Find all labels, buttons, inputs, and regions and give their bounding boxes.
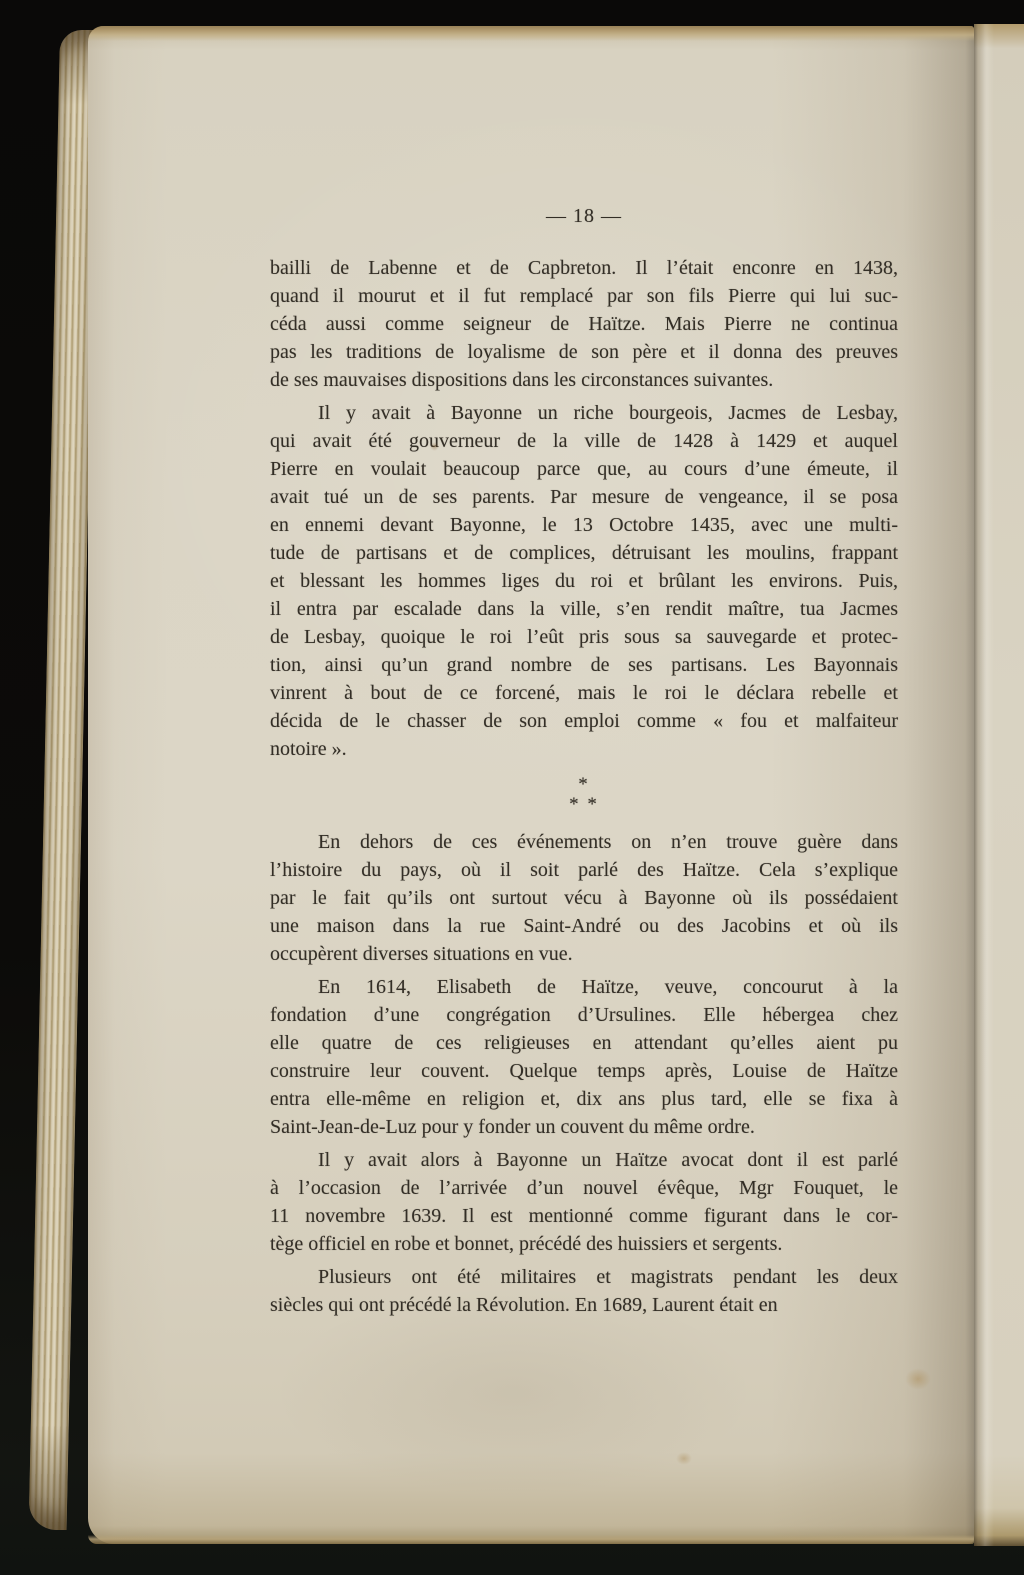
text-line: à l’occasion de l’arrivée d’un nouvel év…: [270, 1174, 898, 1202]
text-line: une maison dans la rue Saint-André ou de…: [270, 912, 898, 940]
text-line: céda aussi comme seigneur de Haïtze. Mai…: [270, 310, 898, 338]
paragraph: Il y avait alors à Bayonne un Haïtze avo…: [270, 1146, 898, 1258]
text-line: siècles qui ont précédé la Révolution. E…: [270, 1291, 898, 1319]
separator-asterisks: * *: [270, 795, 898, 815]
text-line: qui avait été gouverneur de la ville de …: [270, 427, 898, 455]
book-page: — 18 — bailli de Labenne et de Capbreton…: [88, 26, 974, 1544]
paragraph: Plusieurs ont été militaires et magistra…: [270, 1263, 898, 1319]
text-line: pas les traditions de loyalisme de son p…: [270, 338, 898, 366]
text-line: tège officiel en robe et bonnet, précédé…: [270, 1230, 898, 1258]
text-line: et blessant les hommes liges du roi et b…: [270, 567, 898, 595]
paragraph: Il y avait à Bayonne un riche bourgeois,…: [270, 399, 898, 763]
text-line: Plusieurs ont été militaires et magistra…: [270, 1263, 898, 1291]
separator-asterisks: *: [270, 775, 898, 795]
text-line: En 1614, Elisabeth de Haïtze, veuve, con…: [270, 973, 898, 1001]
text-line: par le fait qu’ils ont surtout vécu à Ba…: [270, 884, 898, 912]
facing-page-edge: [974, 24, 1024, 1546]
text-line: en ennemi devant Bayonne, le 13 Octobre …: [270, 511, 898, 539]
text-line: il entra par escalade dans la ville, s’e…: [270, 595, 898, 623]
text-line: occupèrent diverses situations en vue.: [270, 940, 898, 968]
text-line: de ses mauvaises dispositions dans les c…: [270, 366, 898, 394]
text-line: de Lesbay, quoique le roi l’eût pris sou…: [270, 623, 898, 651]
text-line: avait tué un de ses parents. Par mesure …: [270, 483, 898, 511]
text-block: — 18 — bailli de Labenne et de Capbreton…: [270, 202, 898, 1324]
page-top-edge: [88, 26, 974, 41]
text-line: Il y avait alors à Bayonne un Haïtze avo…: [270, 1146, 898, 1174]
text-line: elle quatre de ces religieuses en attend…: [270, 1029, 898, 1057]
text-line: tion, ainsi qu’un grand nombre de ses pa…: [270, 651, 898, 679]
text-line: construire leur couvent. Quelque temps a…: [270, 1057, 898, 1085]
text-line: tude de partisans et de complices, détru…: [270, 539, 898, 567]
paragraph: En 1614, Elisabeth de Haïtze, veuve, con…: [270, 973, 898, 1141]
text-line: vinrent à bout de ce forcené, mais le ro…: [270, 679, 898, 707]
text-line: Saint-Jean-de-Luz pour y fonder un couve…: [270, 1113, 898, 1141]
page-number: — 18 —: [270, 202, 898, 230]
text-line: fondation d’une congrégation d’Ursulines…: [270, 1001, 898, 1029]
text-line: Pierre en voulait beaucoup parce que, au…: [270, 455, 898, 483]
paragraph: En dehors de ces événements on n’en trou…: [270, 828, 898, 968]
text-line: Il y avait à Bayonne un riche bourgeois,…: [270, 399, 898, 427]
book-photo: — 18 — bailli de Labenne et de Capbreton…: [0, 0, 1024, 1575]
text-line: décida de le chasser de son emploi comme…: [270, 707, 898, 735]
text-line: l’histoire du pays, où il soit parlé des…: [270, 856, 898, 884]
text-line: 11 novembre 1639. Il est mentionné comme…: [270, 1202, 898, 1230]
text-line: notoire ».: [270, 735, 898, 763]
text-line: entra elle-même en religion et, dix ans …: [270, 1085, 898, 1113]
text-line: En dehors de ces événements on n’en trou…: [270, 828, 898, 856]
text-line: quand il mourut et il fut remplacé par s…: [270, 282, 898, 310]
page-bottom-edge: [88, 1535, 974, 1544]
paragraph: bailli de Labenne et de Capbreton. Il l’…: [270, 254, 898, 394]
section-separator: ** *: [270, 775, 898, 815]
text-line: bailli de Labenne et de Capbreton. Il l’…: [270, 254, 898, 282]
